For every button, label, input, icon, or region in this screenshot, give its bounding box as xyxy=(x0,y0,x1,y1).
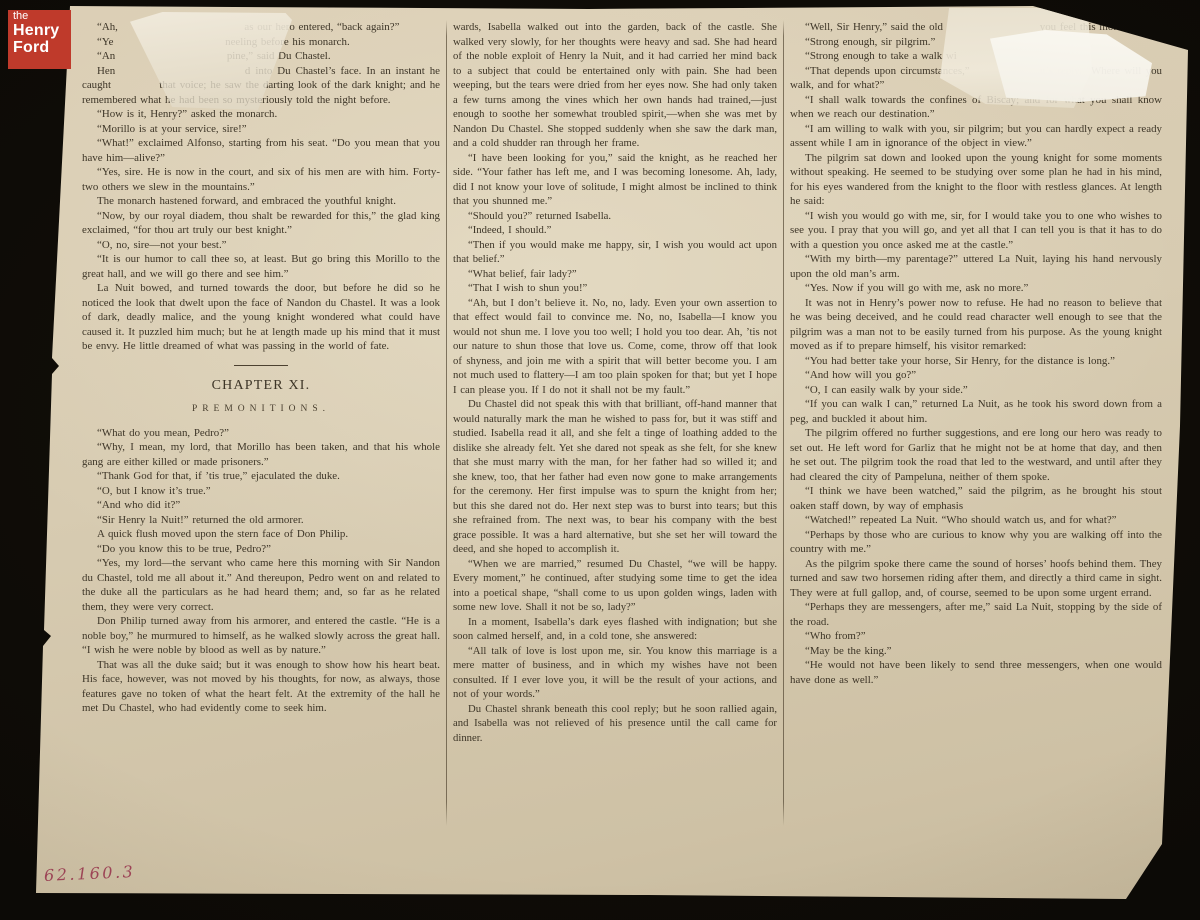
paragraph: “Yes, sire. He is now in the court, and … xyxy=(82,165,440,194)
paragraph: “You had better take your horse, Sir Hen… xyxy=(790,354,1162,369)
paragraph: “It is our humor to call thee so, at lea… xyxy=(82,252,440,281)
paragraph: “What belief, fair lady?” xyxy=(453,267,777,282)
paragraph: “And how will you go?” xyxy=(790,368,1162,383)
paragraph: The pilgrim sat down and looked upon the… xyxy=(790,151,1162,209)
scanned-page: “Ah, as our hero entered, “back again?”“… xyxy=(28,6,1188,901)
paragraph: The monarch hastened forward, and embrac… xyxy=(82,194,440,209)
paragraph: “Yes. Now if you will go with me, ask no… xyxy=(790,281,1162,296)
paragraph: “He would not have been likely to send t… xyxy=(790,658,1162,687)
paragraph: “Should you?” returned Isabella. xyxy=(453,209,777,224)
paragraph: That was all the duke said; but it was e… xyxy=(82,658,440,716)
text-column-2: wards, Isabella walked out into the gard… xyxy=(453,20,777,745)
paragraph: “Ah, but I don’t believe it. No, no, lad… xyxy=(453,296,777,398)
paragraph: “O, no, sire—not your best.” xyxy=(82,238,440,253)
paragraph: “I think we have been watched,” said the… xyxy=(790,484,1162,513)
paragraph: “And who did it?” xyxy=(82,498,440,513)
paragraph: “Thank God for that, if ’tis true,” ejac… xyxy=(82,469,440,484)
column-1-lower-paragraphs: “What do you mean, Pedro?”“Why, I mean, … xyxy=(82,426,440,716)
paragraph: “Strong enough to take a walk wi xyxy=(790,49,1162,64)
paragraph: A quick flush moved upon the stern face … xyxy=(82,527,440,542)
paragraph: “An pine,” said Du Chastel. xyxy=(82,49,440,64)
paragraph: “If you can walk I can,” returned La Nui… xyxy=(790,397,1162,426)
text-column-3: “Well, Sir Henry,” said the old you feel… xyxy=(790,20,1162,687)
paragraph: “Who from?” xyxy=(790,629,1162,644)
paragraph: “Watched!” repeated La Nuit. “Who should… xyxy=(790,513,1162,528)
paragraph: It was not in Henry’s power now to refus… xyxy=(790,296,1162,354)
logo-word-the: the xyxy=(13,11,71,22)
paragraph: “Then if you would make me happy, sir, I… xyxy=(453,238,777,267)
paragraph: “Why, I mean, my lord, that Morillo has … xyxy=(82,440,440,469)
paragraph: The pilgrim offered no further suggestio… xyxy=(790,426,1162,484)
paragraph: “I shall walk towards the confines of Bi… xyxy=(790,93,1162,122)
logo-word-ford: Ford xyxy=(13,40,71,56)
paragraph: “How is it, Henry?” asked the monarch. xyxy=(82,107,440,122)
column-rule-2 xyxy=(783,20,784,826)
paragraph: “Strong enough, sir pilgrim.” xyxy=(790,35,1162,50)
paragraph: “Morillo is at your service, sire!” xyxy=(82,122,440,137)
column-1-upper-paragraphs: “Ah, as our hero entered, “back again?”“… xyxy=(82,20,440,354)
paragraph: “I wish you would go with me, sir, for I… xyxy=(790,209,1162,253)
column-rule-1 xyxy=(446,20,447,826)
page-text-block: “Ah, as our hero entered, “back again?”“… xyxy=(82,20,1162,826)
paragraph: “What!” exclaimed Alfonso, starting from… xyxy=(82,136,440,165)
paragraph: “Indeed, I should.” xyxy=(453,223,777,238)
paragraph: “Ye neeling before his monarch. xyxy=(82,35,440,50)
scanner-background: “Ah, as our hero entered, “back again?”“… xyxy=(0,0,1200,920)
paragraph: “What do you mean, Pedro?” xyxy=(82,426,440,441)
column-2-paragraphs: wards, Isabella walked out into the gard… xyxy=(453,20,777,745)
paragraph: “All talk of love is lost upon me, sir. … xyxy=(453,644,777,702)
paragraph: “O, but I know it’s true.” xyxy=(82,484,440,499)
paragraph: La Nuit bowed, and turned towards the do… xyxy=(82,281,440,354)
paragraph: “Do you know this to be true, Pedro?” xyxy=(82,542,440,557)
paragraph: “Ah, as our hero entered, “back again?” xyxy=(82,20,440,35)
paragraph: Du Chastel did not speak this with that … xyxy=(453,397,777,557)
paragraph: “I have been looking for you,” said the … xyxy=(453,151,777,209)
paragraph: “That I wish to shun you!” xyxy=(453,281,777,296)
chapter-title: CHAPTER XI. xyxy=(82,379,440,394)
paragraph: wards, Isabella walked out into the gard… xyxy=(453,20,777,151)
paragraph: “Sir Henry la Nuit!” returned the old ar… xyxy=(82,513,440,528)
paragraph: As the pilgrim spoke there came the soun… xyxy=(790,557,1162,601)
handwritten-accession-number: 62.160.3 xyxy=(44,862,136,885)
text-column-1: “Ah, as our hero entered, “back again?”“… xyxy=(82,20,440,716)
paragraph: “I am willing to walk with you, sir pilg… xyxy=(790,122,1162,151)
paragraph: Du Chastel shrank beneath this cool repl… xyxy=(453,702,777,746)
paragraph: “Yes, my lord—the servant who came here … xyxy=(82,556,440,614)
paragraph: In a moment, Isabella’s dark eyes flashe… xyxy=(453,615,777,644)
column-3-paragraphs: “Well, Sir Henry,” said the old you feel… xyxy=(790,20,1162,687)
logo-word-henry: Henry xyxy=(13,23,71,39)
paragraph: “Perhaps by those who are curious to kno… xyxy=(790,528,1162,557)
paragraph: “With my birth—my parentage?” uttered La… xyxy=(790,252,1162,281)
paragraph: Don Philip turned away from his armorer,… xyxy=(82,614,440,658)
paragraph: “Now, by our royal diadem, thou shalt be… xyxy=(82,209,440,238)
paragraph: “May be the king.” xyxy=(790,644,1162,659)
henry-ford-logo: the Henry Ford xyxy=(8,10,71,69)
section-divider-rule xyxy=(234,365,288,366)
paragraph: “That depends upon circumstances,” it’s … xyxy=(790,64,1162,93)
paragraph: “Perhaps they are messengers, after me,”… xyxy=(790,600,1162,629)
paragraph: “When we are married,” resumed Du Chaste… xyxy=(453,557,777,615)
paragraph: “Well, Sir Henry,” said the old you feel… xyxy=(790,20,1162,35)
paragraph: “O, I can easily walk by your side.” xyxy=(790,383,1162,398)
chapter-subtitle: PREMONITIONS. xyxy=(82,402,440,417)
paragraph: Hen d into Du Chastel’s face. In an inst… xyxy=(82,64,440,108)
